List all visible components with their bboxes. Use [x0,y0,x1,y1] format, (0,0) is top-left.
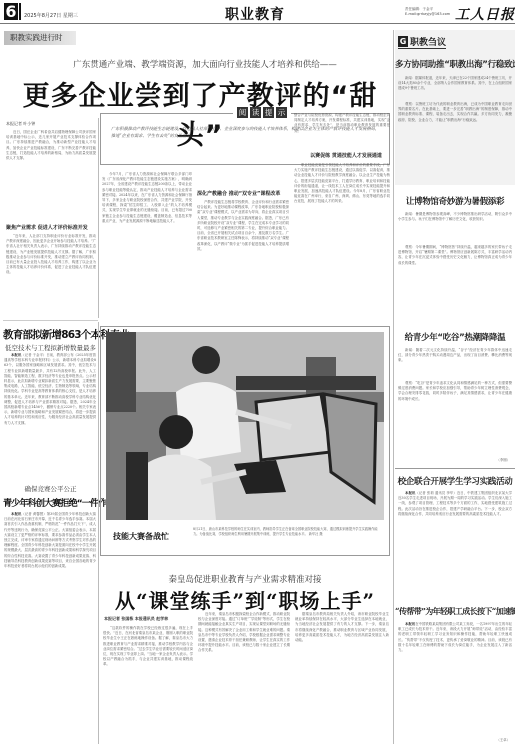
sidebar-story3-news: 新闻：随着二次元文化持续升温，“谷子”经济在青少年群体中迅速走红，部分青少年热衷… [398,348,512,380]
sidebar-story4-text: 本报讯（记者 张莉 通讯员 李华）近日，中铁建工集团组织北京某大学近30名学生走… [398,491,512,603]
bottom-byline: 本报记者 张国栋 本报通讯员 赵学林 [104,616,168,622]
lead-intro-text: 近日，国汪企业广科希奋共启健物理保障公司获评国家培训基地中标公示，近几家开展产业… [6,130,96,220]
page-number-bar [19,3,21,20]
lead-section3-heading: 以赛促练 贯通技能人才发展通道 [300,152,392,159]
left-divider [3,320,98,321]
photo-illustration [106,332,384,520]
bottom-kicker: 秦皇岛促进职业教育与产业需求精准对接 [100,573,390,585]
sidebar-story5-headline[interactable]: “传帮带”为年轻职工成长按下“加速键” [395,606,515,617]
sidebar-story5-source: （王卓） [470,738,510,743]
sidebar-story1-news: 新闻：据媒体报道，近年来，天津已在22个国家建成24个鲁班工坊，开设14大类80… [398,76,512,102]
sidebar-column-label: G 职教刍议 [398,35,446,48]
sidebar-divider-h [395,468,515,469]
header-divider [0,23,515,24]
sidebar-story1-headline[interactable]: 多方协同助推“职教出海”行稳致远 [395,58,515,70]
left-story1-headline[interactable]: 教育部拟新增863个本科专业 [3,327,98,342]
sidebar-story1-view: 观察：以鲁班工坊为代表的职业教育出海，已成为中国职业教育走向世界的重要名片。在此… [398,102,512,182]
left-story2-text: 本报讯（记者 黄馨慧）第39届全国青少年科技创新大赛日前在河北省石家庄市开幕，近… [4,512,96,744]
sidebar-story2-headline[interactable]: 让博物馆奇妙游为暑假添彩 [395,195,515,207]
lead-col4-text2: 职业技能竞赛是引领技能人才培养和评价的重要手段。广东大力实施产教评技能生态链建设… [294,163,390,320]
lead-section2-heading: 深化产教融合 推动“双专业”课程改革 [197,190,292,197]
editor-info: 责任编辑：于金平 E-mail:grrbzyjy@163.com [405,7,450,17]
lead-section1-text: “近年来，人社部门支持职业评价行业标准开发，推动产教评深度融合，因此更多企业开始… [6,234,96,318]
lead-col3-text: 产教评技能生态链将学校教育、企业评价和行业需求紧密结合起来。为更好地推动课程改革… [197,200,289,320]
left-story2-kicker: 确保竞赛公平公正 [3,484,98,493]
left-story2-headline[interactable]: 青少年科创大赛拒绝“一件作品打天下” [3,495,98,509]
sidebar-story4-headline[interactable]: 校企联合开展学生学习实践活动 [395,475,515,487]
left-story1-text: 本报讯（记者 于金平）日前，教育部公布《2025年度普通高等学校本科专业申报材料… [4,353,96,478]
lead-col4-text: 整合产业与院校优势资源，构建产教评技能生态链，推动校企共同制定人才培养方案，开发… [294,113,390,147]
sidebar-label-underline [398,48,446,49]
photo-caption-text: 8月21日，唐山市某科技学校的师生在实训室内，教师指导学生正在备赛全国职业院校技… [193,527,381,537]
bottom-col3-text: 据秦皇岛市教育局相关负责人介绍，该市职业院校毕业生就业率持续保持在较高水平，大部… [295,612,389,744]
sidebar-story2-view: 观察：今年暑期期间，“博物馆热”持续升温，越来越多的家长带孩子走进博物馆，开启“… [398,245,512,327]
lead-subtitle[interactable]: 广东贯通产业端、教学端资源，加大面向行业技能人才培养和供给—— [40,58,370,70]
lead-section1-heading: 聚焦产业需求 促进人才评价标准开发 [6,224,98,231]
sidebar-divider [393,30,394,744]
column-divider [98,322,99,744]
lead-byline: 本报记者 叶小钟 [6,121,35,127]
masthead-logo: 工人日报 [455,4,515,24]
news-photo[interactable] [106,332,384,520]
left-story1-subhead: 低空技术与工程拟新增数量最多 [3,343,98,352]
photo-box: 技能大赛备战忙 8月21日，唐山市某科技学校的师生在实训室内，教师指导学生正在备… [100,326,390,556]
column-divider [98,118,99,318]
bottom-col1-text: “这款软件的操作我在学校已经练过很多遍，现在上手很快。”近日，在河北省秦皇岛市某… [103,626,193,744]
bottom-col2-text: 近年来，秦皇岛市积极探索校企合作新模式，推动职业院校与企业深度对接。通过“订单班… [198,612,290,744]
sidebar-story3-headline[interactable]: 给青少年“吃谷”热潮降降温 [395,331,515,343]
commentary-icon: G [398,36,408,47]
sidebar-story3-view: 观察：“吃谷”是青少年追求文化认同和情感满足的一种方式，但需要警惕过度消费问题。… [398,381,512,457]
sidebar-story2-news: 新闻：暑期是博物馆参观高峰，不少博物馆推出研学活动，吸引众多中小学生参与。孩子们… [398,212,512,244]
column-tag: 职教实践进行时 [4,31,76,45]
sidebar-story3-source: （李刚） [470,458,510,463]
reading-tip-label: 阅 读 提 示 [233,107,291,118]
photo-caption-title: 技能大赛备战忙 [113,531,169,542]
bottom-headline[interactable]: 从“课堂练手”到“职场上手” [95,585,395,614]
lead-col2-text: 今年7月，广东省人力资源和社会保障厅联合多部门印发《广东省深化产教评技能生态链建… [102,172,192,320]
page-number: 6 [4,3,18,20]
issue-date: 2025年8月27日 星期三 [24,12,78,19]
editor-email: E-mail:grrbzyjy@163.com [405,12,450,17]
section-title: 职业教育 [200,4,310,24]
sidebar-story5-text: 本报讯在中国铁路某局集团有限公司某工务段，一名1997年出生的年轻职工已成长为技… [398,622,512,738]
